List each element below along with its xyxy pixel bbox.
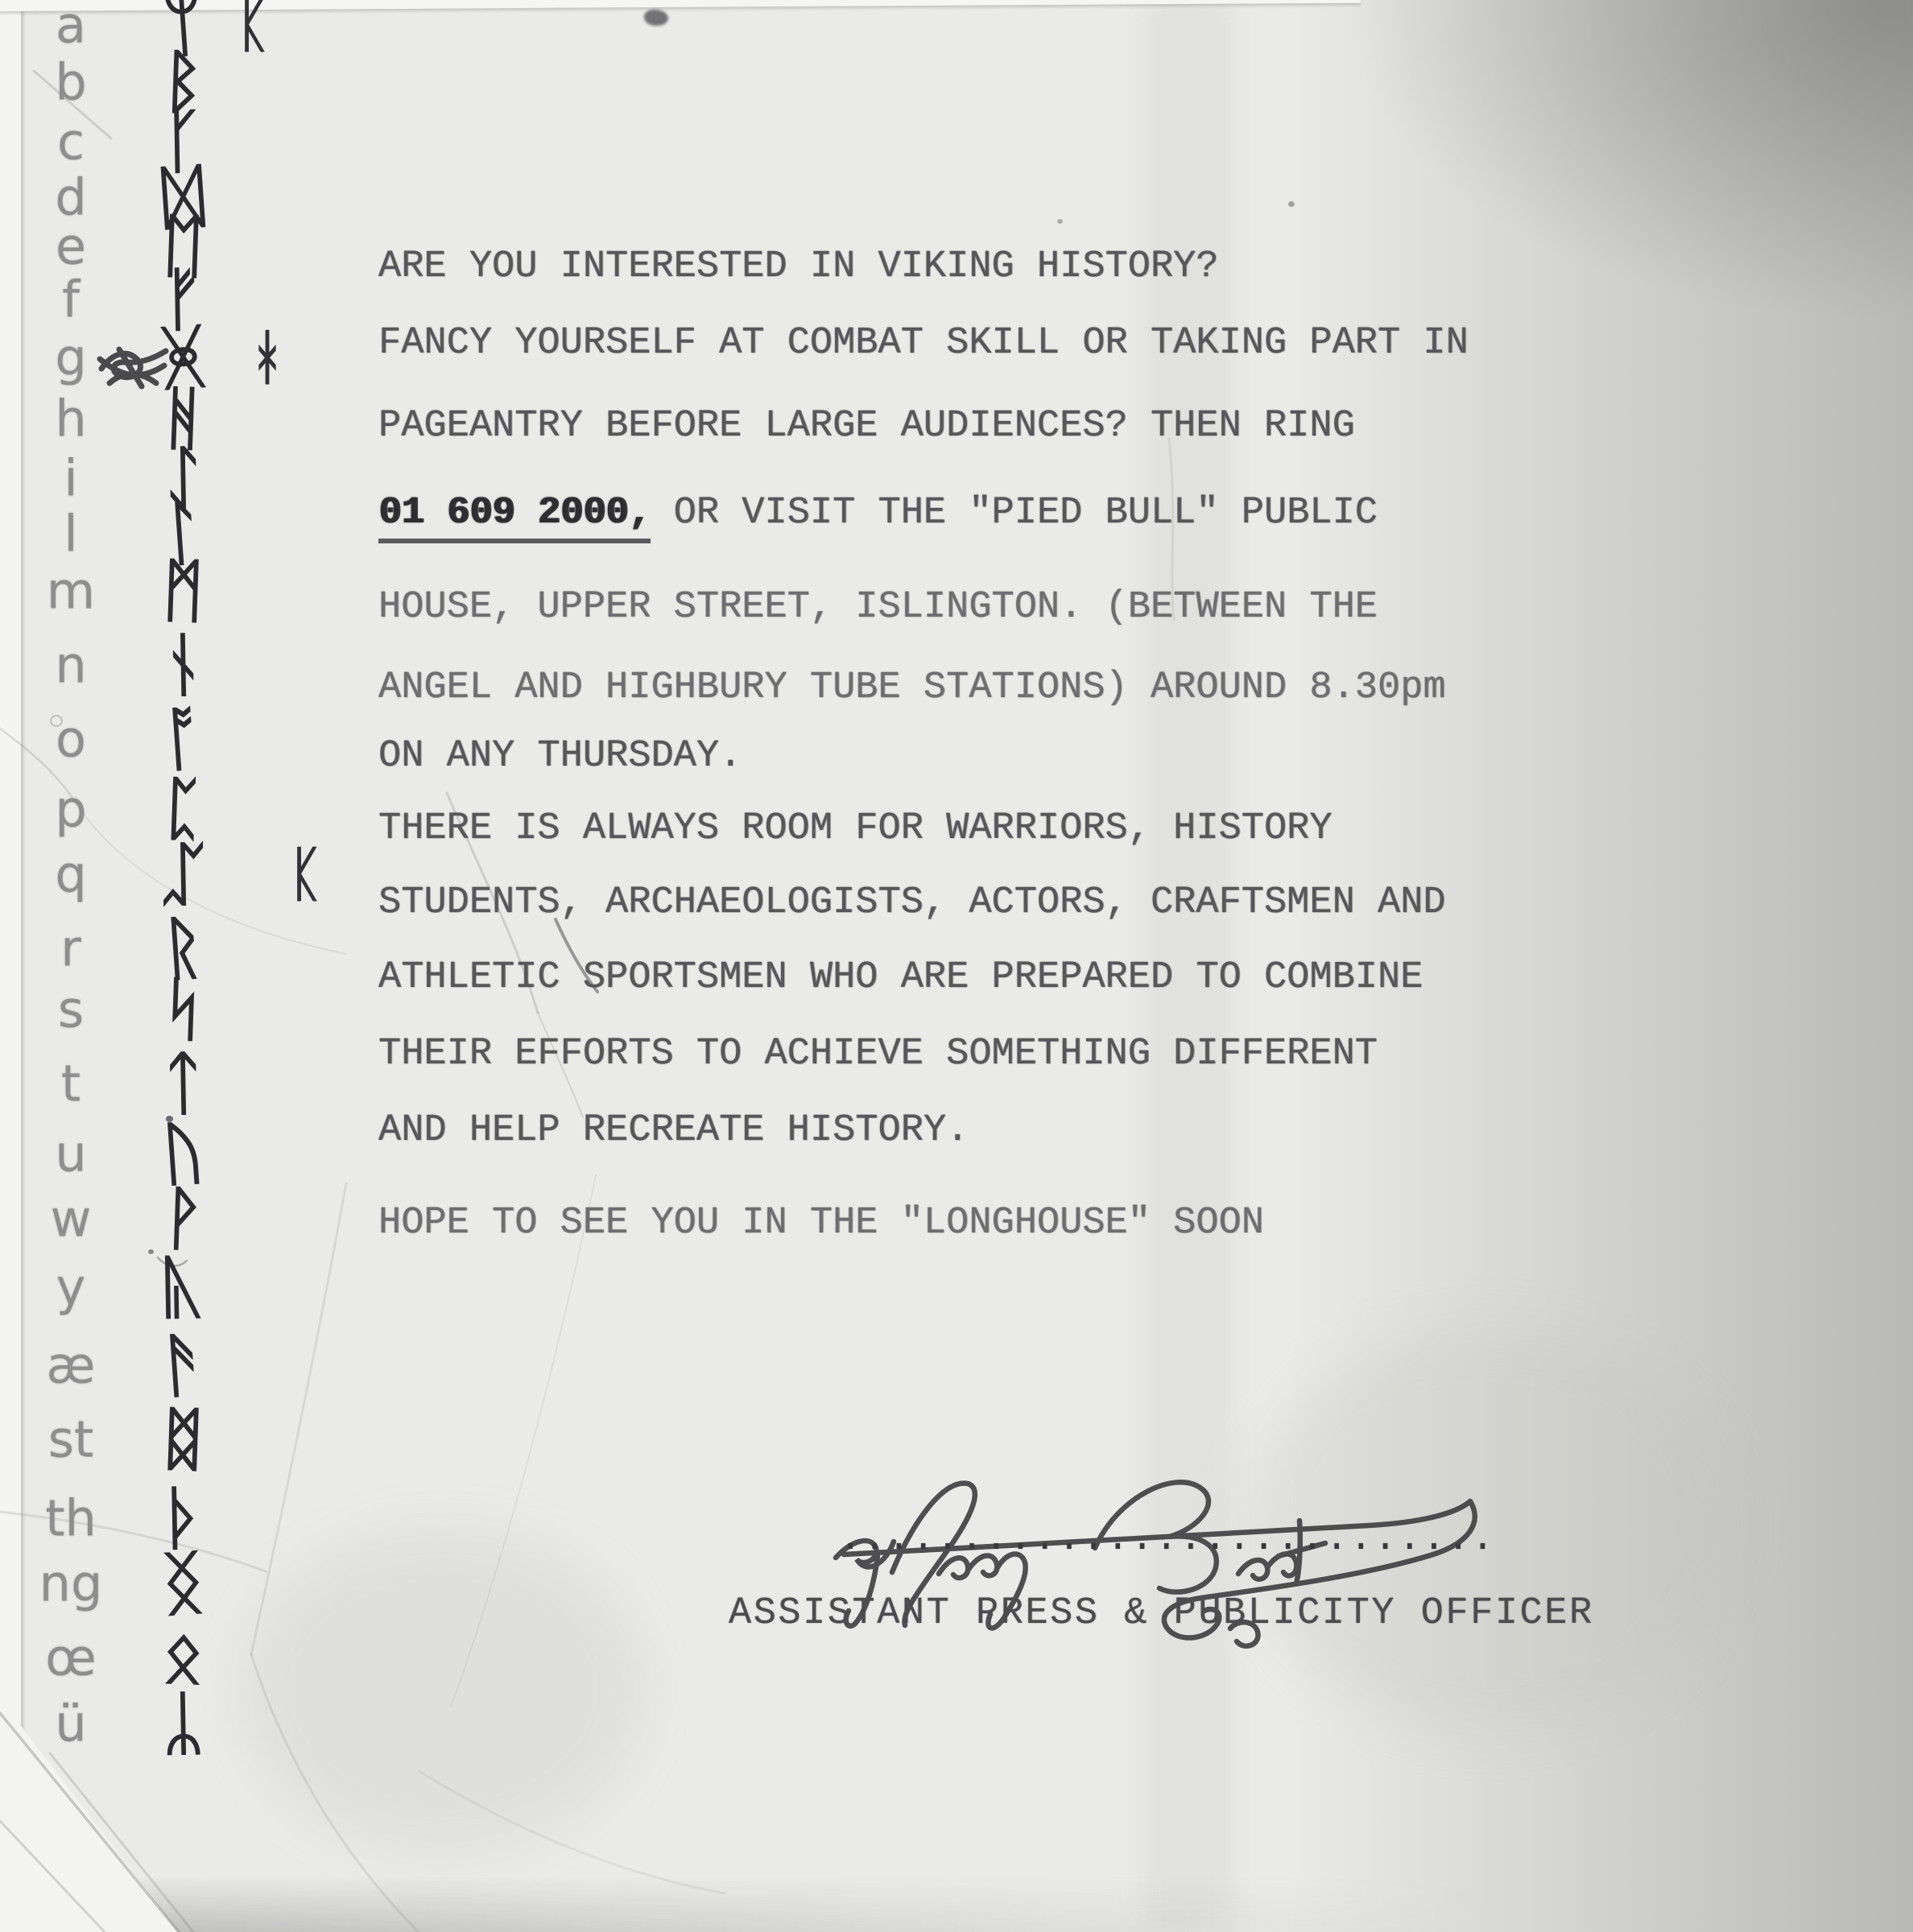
rune-st: ᛥ bbox=[136, 1403, 231, 1476]
rune-t: ᛏ bbox=[136, 1048, 229, 1119]
body-line-4-rest: OR VISIT THE "PIED BULL" PUBLIC bbox=[651, 492, 1378, 535]
latin-letter-h: h bbox=[32, 390, 109, 448]
body-line-7: ON ANY THURSDAY. bbox=[378, 731, 742, 782]
alphabet-row-n: nᚾ bbox=[32, 629, 322, 701]
latin-letter-f: f bbox=[32, 270, 109, 329]
alphabet-row-s: sᛋ bbox=[32, 973, 322, 1046]
latin-letter-g: g bbox=[32, 328, 109, 387]
body-line-11: THEIR EFFORTS TO ACHIEVE SOMETHING DIFFE… bbox=[378, 1029, 1378, 1080]
rune-æ: ᚫ bbox=[134, 1327, 232, 1403]
rune-n: ᚾ bbox=[136, 630, 229, 700]
body-line-12: AND HELP RECREATE HISTORY. bbox=[378, 1105, 969, 1157]
latin-letter-o: o bbox=[32, 710, 109, 769]
phone-number: 01 609 2000, bbox=[378, 492, 651, 543]
body-line-6: ANGEL AND HIGHBURY TUBE STATIONS) AROUND… bbox=[378, 663, 1446, 714]
rune-m: ᛗ bbox=[136, 555, 231, 627]
handwritten-signature: Gerry East bbox=[757, 1461, 1530, 1703]
latin-letter-n: n bbox=[32, 636, 109, 695]
rune-s: ᛋ bbox=[136, 973, 231, 1046]
body-line-8: THERE IS ALWAYS ROOM FOR WARRIORS, HISTO… bbox=[378, 803, 1332, 855]
latin-letter-r: r bbox=[32, 919, 109, 978]
latin-letter-t: t bbox=[32, 1055, 109, 1113]
signatory-title: ASSISTANT PRESS & PUBLICITY OFFICER bbox=[729, 1592, 1594, 1635]
latin-letter-m: m bbox=[32, 562, 109, 621]
scanned-letter-page: aᛘᛕbᛒcᚴdᛞeᛖfᚠgᚸᚼhᚻiᛇlᛚmᛗnᚾoᚩpᛈqᛢᛕrᚱsᛋtᛏu… bbox=[0, 0, 1913, 1932]
paper-shadow-bottom bbox=[0, 1876, 1913, 1932]
signature-dotted-line: ........................... bbox=[839, 1518, 1496, 1561]
paper-speck bbox=[1057, 219, 1063, 224]
alphabet-row-w: wᚹ bbox=[32, 1183, 322, 1255]
latin-letter-q: q bbox=[32, 845, 109, 904]
paper-speck bbox=[1288, 201, 1295, 207]
latin-letter-æ: æ bbox=[32, 1336, 109, 1395]
alphabet-row-st: stᛥ bbox=[32, 1403, 322, 1476]
alphabet-row-t: tᛏ bbox=[32, 1047, 322, 1120]
body-line-4: 01 609 2000, OR VISIT THE "PIED BULL" PU… bbox=[378, 488, 1378, 539]
alphabet-row-æ: æᚫ bbox=[32, 1329, 322, 1402]
body-line-13: HOPE TO SEE YOU IN THE "LONGHOUSE" SOON bbox=[378, 1198, 1264, 1249]
body-line-3: PAGEANTRY BEFORE LARGE AUDIENCES? THEN R… bbox=[378, 401, 1355, 452]
alphabet-row-q: qᛢᛕ bbox=[32, 838, 322, 910]
rune-w: ᚹ bbox=[136, 1183, 231, 1255]
alphabet-row-ng: ngᛝ bbox=[32, 1547, 322, 1620]
alphabet-row-y: yᚣ bbox=[32, 1251, 322, 1323]
alphabet-row-o: oᚩ bbox=[32, 703, 322, 775]
rune-extra-q: ᛕ bbox=[274, 843, 338, 906]
paper-edge-left bbox=[0, 0, 21, 1932]
body-line-5: HOUSE, UPPER STREET, ISLINGTON. (BETWEEN… bbox=[378, 582, 1378, 634]
latin-letter-ü: ü bbox=[32, 1695, 109, 1753]
body-line-2: FANCY YOURSELF AT COMBAT SKILL OR TAKING… bbox=[378, 318, 1469, 369]
latin-letter-w: w bbox=[32, 1190, 109, 1249]
latin-letter-th: th bbox=[32, 1489, 109, 1548]
latin-letter-b: b bbox=[32, 53, 109, 112]
rune-q: ᛢ bbox=[136, 839, 229, 910]
latin-letter-y: y bbox=[32, 1258, 109, 1317]
rune-ng: ᛝ bbox=[134, 1546, 232, 1621]
alphabet-row-m: mᛗ bbox=[32, 555, 322, 627]
rune-o: ᚩ bbox=[134, 701, 232, 777]
ink-splotch bbox=[644, 10, 668, 26]
body-line-10: ATHLETIC SPORTSMEN WHO ARE PREPARED TO C… bbox=[378, 952, 1423, 1004]
latin-letter-s: s bbox=[32, 980, 109, 1039]
latin-letter-u: u bbox=[32, 1125, 109, 1183]
alphabet-row-ü: üᛦ bbox=[32, 1687, 322, 1760]
latin-letter-st: st bbox=[32, 1410, 109, 1469]
rune-extra-g: ᚼ bbox=[235, 326, 300, 389]
body-line-1: ARE YOU INTERESTED IN VIKING HISTORY? bbox=[378, 242, 1219, 293]
latin-letter-ng: ng bbox=[32, 1554, 109, 1613]
rune-ü: ᛦ bbox=[136, 1688, 229, 1759]
rune-y: ᚣ bbox=[136, 1252, 229, 1323]
latin-letter-p: p bbox=[32, 780, 109, 839]
body-line-9: STUDENTS, ARCHAEOLOGISTS, ACTORS, CRAFTS… bbox=[378, 877, 1446, 929]
latin-letter-œ: œ bbox=[32, 1629, 109, 1687]
